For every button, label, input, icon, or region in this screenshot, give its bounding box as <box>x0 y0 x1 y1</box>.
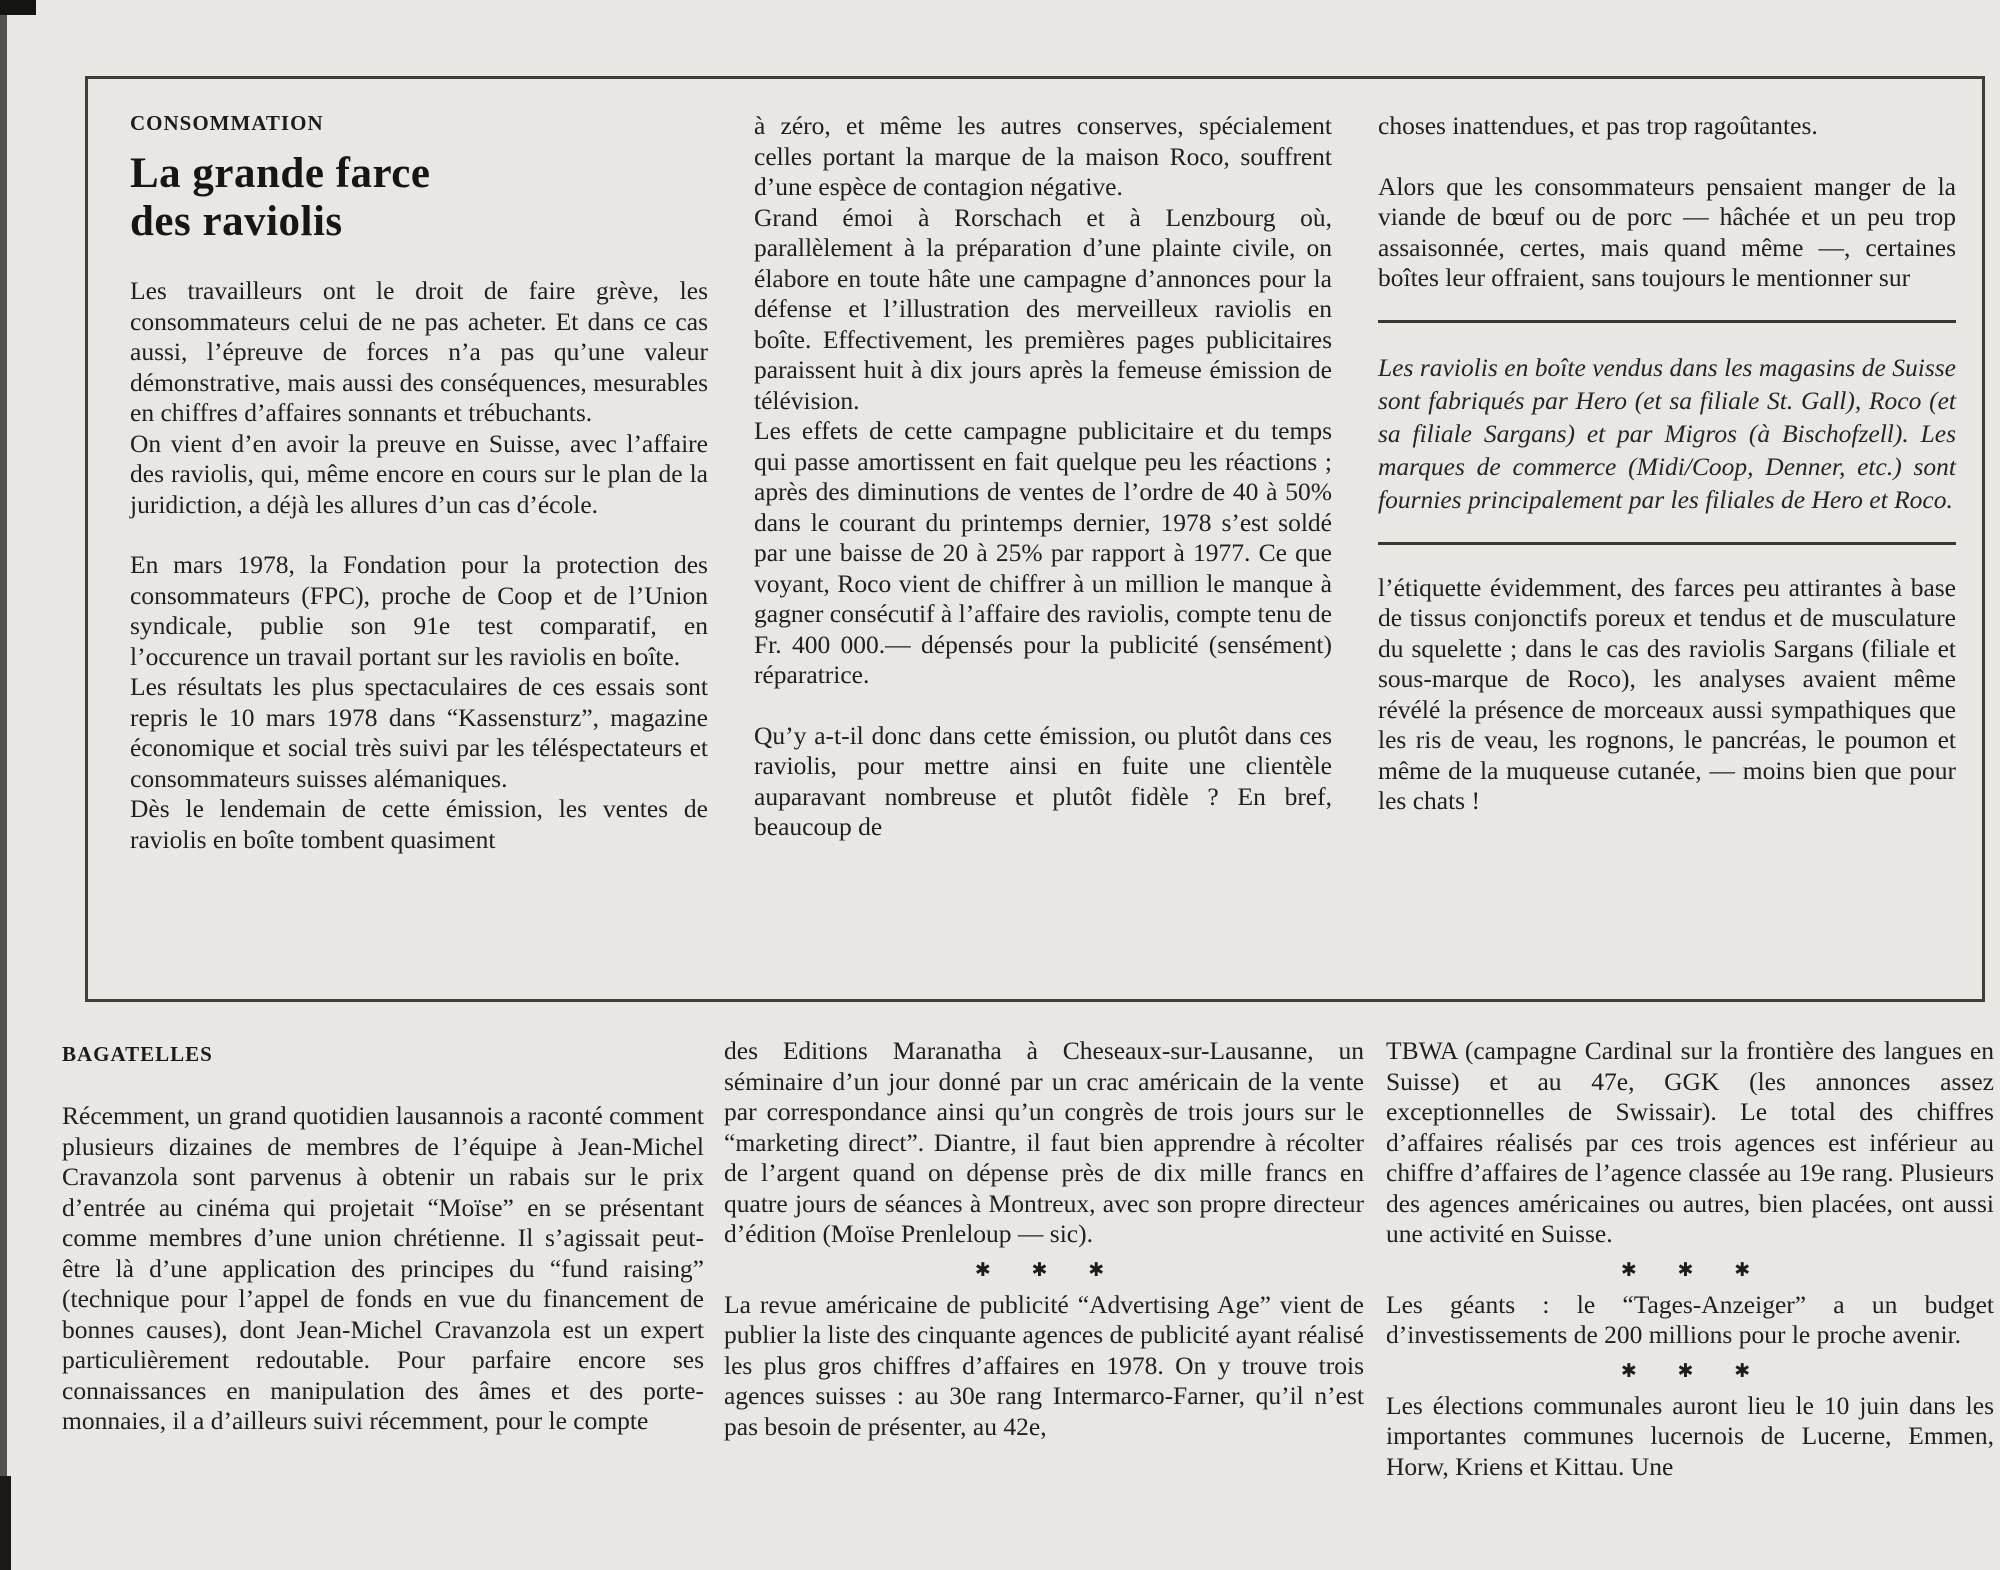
star-separator: ✱ ✱ ✱ <box>1395 1259 1994 1283</box>
article-column-1: CONSOMMATION La grande farce des ravioli… <box>130 111 708 981</box>
article-paragraph: Les travailleurs ont le droit de faire g… <box>130 276 708 429</box>
bagatelles-column-1: BAGATELLES Récemment, un grand quotidien… <box>62 1042 704 1437</box>
scan-edge-artifact <box>0 0 7 1570</box>
article-paragraph: Qu’y a-t-il donc dans cette émission, ou… <box>754 721 1332 843</box>
article-paragraph: des Editions Maranatha à Cheseaux-sur-La… <box>724 1036 1364 1250</box>
section-kicker-consommation: CONSOMMATION <box>130 111 708 136</box>
article-paragraph: TBWA (campagne Cardinal sur la frontière… <box>1386 1036 1994 1250</box>
article-paragraph: Les effets de cette campagne publicitair… <box>754 416 1332 691</box>
article-paragraph: l’étiquette évidemment, des farces peu a… <box>1378 573 1956 817</box>
scanned-magazine-page: CONSOMMATION La grande farce des ravioli… <box>0 0 2000 1570</box>
scan-mark-top-left <box>0 0 36 15</box>
article-paragraph: Dès le lendemain de cette émission, les … <box>130 794 708 855</box>
factbox-note-italic: Les raviolis en boîte vendus dans les ma… <box>1378 351 1956 516</box>
article-paragraph: à zéro, et même les autres conserves, sp… <box>754 111 1332 203</box>
article-paragraph: Alors que les consommateurs pensaient ma… <box>1378 172 1956 294</box>
article-paragraph: Les géants : le “Tages-Anzeiger” a un bu… <box>1386 1290 1994 1351</box>
article-column-3: choses inattendues, et pas trop ragoûtan… <box>1378 111 1956 981</box>
article-paragraph: On vient d’en avoir la preuve en Suisse,… <box>130 429 708 521</box>
headline-line-1: La grande farce <box>130 150 708 198</box>
consommation-article-box: CONSOMMATION La grande farce des ravioli… <box>85 76 1985 1002</box>
article-paragraph: En mars 1978, la Fondation pour la prote… <box>130 550 708 672</box>
section-kicker-bagatelles: BAGATELLES <box>62 1042 704 1067</box>
bagatelles-column-2: des Editions Maranatha à Cheseaux-sur-La… <box>724 1036 1364 1442</box>
headline-line-2: des raviolis <box>130 198 708 246</box>
article-column-2: à zéro, et même les autres conserves, sp… <box>754 111 1332 981</box>
scan-mark-bottom-left <box>0 1476 11 1570</box>
note-divider-bottom <box>1378 542 1956 545</box>
article-paragraph: Les résultats les plus spectaculaires de… <box>130 672 708 794</box>
bagatelles-column-3: TBWA (campagne Cardinal sur la frontière… <box>1386 1036 1994 1482</box>
article-headline: La grande farce des raviolis <box>130 150 708 246</box>
article-paragraph: Grand émoi à Rorschach et à Lenzbourg où… <box>754 203 1332 417</box>
article-paragraph: Récemment, un grand quotidien lausannois… <box>62 1101 704 1437</box>
note-divider-top <box>1378 320 1956 323</box>
article-paragraph: choses inattendues, et pas trop ragoûtan… <box>1378 111 1956 142</box>
star-separator: ✱ ✱ ✱ <box>1395 1360 1994 1384</box>
article-paragraph: Les élections communales auront lieu le … <box>1386 1391 1994 1483</box>
star-separator: ✱ ✱ ✱ <box>733 1259 1364 1283</box>
article-paragraph: La revue américaine de publicité “Advert… <box>724 1290 1364 1443</box>
